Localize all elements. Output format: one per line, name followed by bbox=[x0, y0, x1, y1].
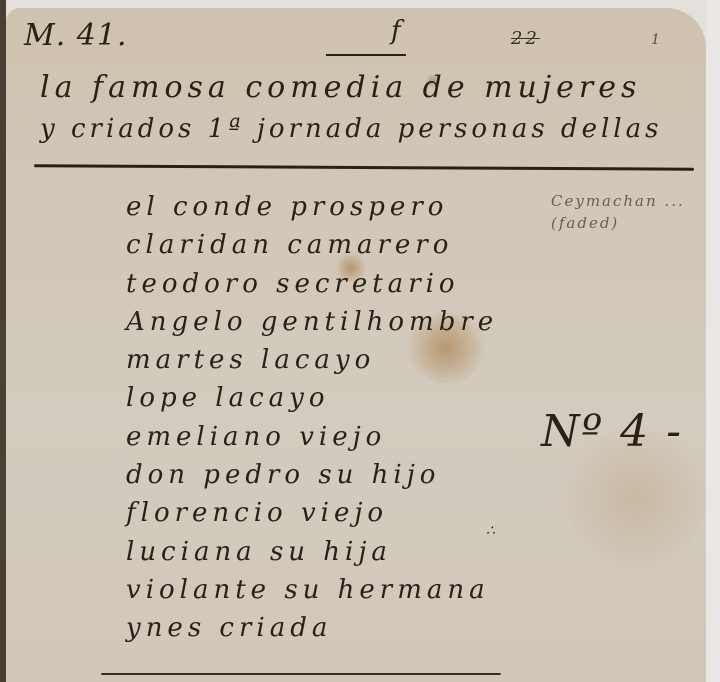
title-line-2: y criados 1ª jornada personas dellas bbox=[40, 114, 662, 144]
cast-item: luciana su hija bbox=[126, 533, 498, 571]
cast-item: martes lacayo bbox=[126, 341, 498, 379]
cast-item: teodoro secretario bbox=[126, 265, 498, 303]
cast-item: emeliano viejo bbox=[126, 418, 498, 456]
cast-item: lope lacayo bbox=[126, 379, 498, 417]
cast-item: violante su hermana bbox=[126, 571, 498, 609]
cast-list: el conde prospero claridan camarero teod… bbox=[126, 188, 498, 648]
cast-item: ynes criada bbox=[126, 609, 498, 647]
cast-item: florencio viejo bbox=[126, 494, 498, 532]
cast-item: Angelo gentilhombre bbox=[126, 303, 498, 341]
cast-item: claridan camarero bbox=[126, 226, 498, 264]
ink-dots: ∴ bbox=[486, 523, 498, 539]
cast-item: el conde prospero bbox=[126, 188, 498, 226]
title-rule bbox=[34, 164, 694, 170]
folio-mark: f bbox=[391, 16, 404, 46]
manuscript-page: M. 41. f 22 1 la famosa comedia de mujer… bbox=[6, 8, 706, 682]
shelfmark: M. 41. bbox=[24, 18, 128, 53]
scan-background bbox=[706, 0, 720, 682]
pencil-mark: 1 bbox=[651, 32, 663, 48]
folio-underline bbox=[326, 54, 406, 56]
marginal-note: Ceymachan ... (faded) bbox=[551, 190, 706, 234]
title-line-1: la famosa comedia de mujeres bbox=[40, 70, 641, 105]
bottom-rule bbox=[101, 673, 501, 675]
cast-item: don pedro su hijo bbox=[126, 456, 498, 494]
catalog-number: Nº 4 - bbox=[541, 406, 683, 457]
struck-number: 22 bbox=[511, 28, 540, 49]
